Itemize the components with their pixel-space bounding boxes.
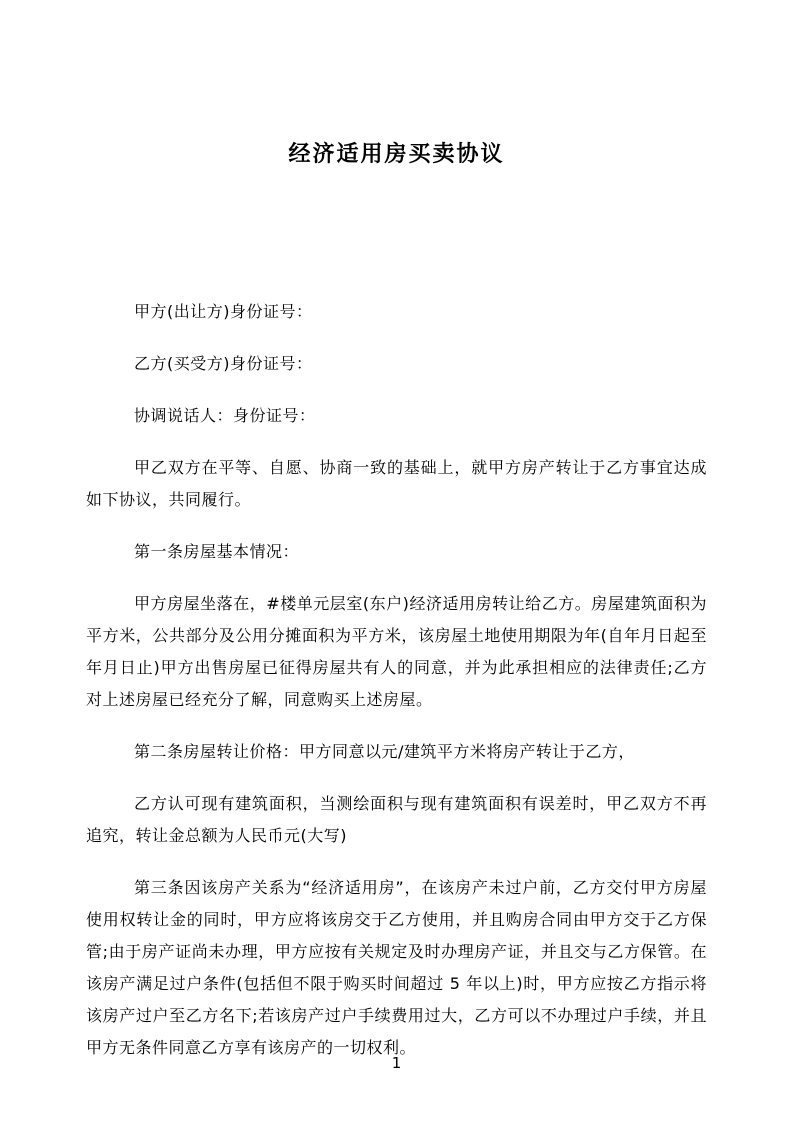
document-page: 经济适用房买卖协议 甲方(出让方)身份证号： 乙方(买受方)身份证号： 协调说话… xyxy=(0,0,793,1122)
article-1-paragraph: 甲方房屋坐落在，#楼单元层室(东户)经济适用房转让给乙方。房屋建筑面积为平方米，… xyxy=(86,588,707,716)
mediator-id-line: 协调说话人：身份证号： xyxy=(86,400,707,432)
article-1-heading: 第一条房屋基本情况： xyxy=(86,536,707,568)
document-title: 经济适用房买卖协议 xyxy=(86,140,707,170)
preamble-paragraph: 甲乙双方在平等、自愿、协商一致的基础上，就甲方房产转让于乙方事宜达成如下协议，共… xyxy=(86,452,707,516)
article-3-paragraph: 第三条因该房产关系为“经济适用房”，在该房产未过户前，乙方交付甲方房屋使用权转让… xyxy=(86,872,707,1064)
page-number: 1 xyxy=(0,1054,793,1072)
article-2-paragraph: 第二条房屋转让价格：甲方同意以元/建筑平方米将房产转让于乙方， xyxy=(86,736,707,768)
party-a-id-line: 甲方(出让方)身份证号： xyxy=(86,296,707,328)
article-2-continuation-paragraph: 乙方认可现有建筑面积，当测绘面积与现有建筑面积有误差时，甲乙双方不再追究，转让金… xyxy=(86,788,707,852)
party-b-id-line: 乙方(买受方)身份证号： xyxy=(86,348,707,380)
